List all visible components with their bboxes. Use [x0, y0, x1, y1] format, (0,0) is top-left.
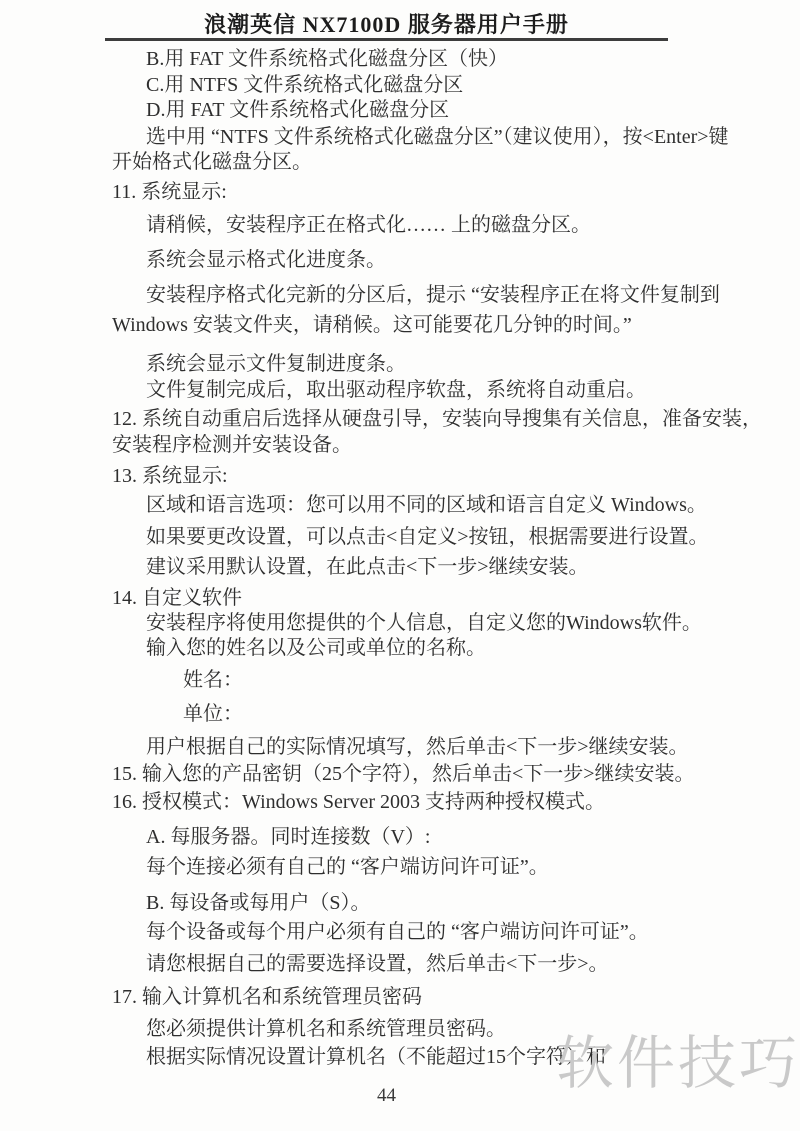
page-number: 44 — [105, 1085, 668, 1107]
document-line: 用户根据自己的实际情况填写，然后单击<下一步>继续安装。 — [146, 736, 689, 758]
document-line: 文件复制完成后，取出驱动程序软盘，系统将自动重启。 — [146, 379, 646, 401]
manual-page: 浪潮英信 NX7100D 服务器用户手册 B.用 FAT 文件系统格式化磁盘分区… — [0, 0, 800, 1131]
document-line: 15. 输入您的产品密钥（25个字符），然后单击<下一步>继续安装。 — [112, 763, 695, 785]
document-line: 开始格式化磁盘分区。 — [112, 151, 312, 173]
document-line: 13. 系统显示: — [112, 465, 228, 487]
name-field-label: 姓名： — [183, 669, 243, 691]
document-line: 建议采用默认设置，在此点击<下一步>继续安装。 — [146, 556, 589, 578]
document-line: 安装程序将使用您提供的个人信息，自定义您的Windows软件。 — [146, 612, 702, 634]
document-line: 请您根据自己的需要选择设置，然后单击<下一步>。 — [146, 953, 609, 975]
document-line: 区域和语言选项：您可以用不同的区域和语言自定义 Windows。 — [146, 494, 707, 516]
document-line: C.用 NTFS 文件系统格式化磁盘分区 — [146, 74, 463, 96]
document-line: 安装程序格式化完新的分区后，提示 “安装程序正在将文件复制到 — [146, 284, 720, 306]
document-line: B. 每设备或每用户（S）。 — [146, 892, 370, 914]
document-line: 系统会显示格式化进度条。 — [146, 249, 386, 271]
document-line: A. 每服务器。同时连接数（V）: — [146, 826, 430, 848]
document-line: 11. 系统显示: — [112, 181, 227, 203]
document-line: 输入您的姓名以及公司或单位的名称。 — [146, 637, 486, 659]
document-line: 12. 系统自动重启后选择从硬盘引导，安装向导搜集有关信息，准备安装， — [112, 408, 762, 430]
document-line: 您必须提供计算机名和系统管理员密码。 — [146, 1018, 506, 1040]
document-line: 安装程序检测并安装设备。 — [112, 434, 352, 456]
document-line: 14. 自定义软件 — [112, 587, 242, 609]
document-line: 选中用 “NTFS 文件系统格式化磁盘分区”（建议使用），按<Enter>键 — [146, 126, 729, 148]
header-rule — [105, 38, 668, 41]
document-line: 如果要更改设置，可以点击<自定义>按钮，根据需要进行设置。 — [146, 526, 709, 548]
document-line: 17. 输入计算机名和系统管理员密码 — [112, 986, 422, 1008]
document-line: 每个设备或每个用户必须有自己的 “客户端访问许可证”。 — [146, 921, 649, 943]
document-line: 每个连接必须有自己的 “客户端访问许可证”。 — [146, 856, 549, 878]
document-line: B.用 FAT 文件系统格式化磁盘分区（快） — [146, 48, 508, 70]
page-title: 浪潮英信 NX7100D 服务器用户手册 — [105, 8, 668, 39]
document-line: 16. 授权模式：Windows Server 2003 支持两种授权模式。 — [112, 791, 605, 813]
org-field-label: 单位： — [183, 703, 243, 725]
document-line: Windows 安装文件夹，请稍候。这可能要花几分钟的时间。” — [112, 314, 632, 336]
document-line: D.用 FAT 文件系统格式化磁盘分区 — [146, 99, 449, 121]
document-line: 系统会显示文件复制进度条。 — [146, 353, 406, 375]
document-line: 请稍候，安装程序正在格式化…… 上的磁盘分区。 — [146, 214, 591, 236]
document-line: 根据实际情况设置计算机名（不能超过15个字符）和 — [146, 1046, 606, 1068]
